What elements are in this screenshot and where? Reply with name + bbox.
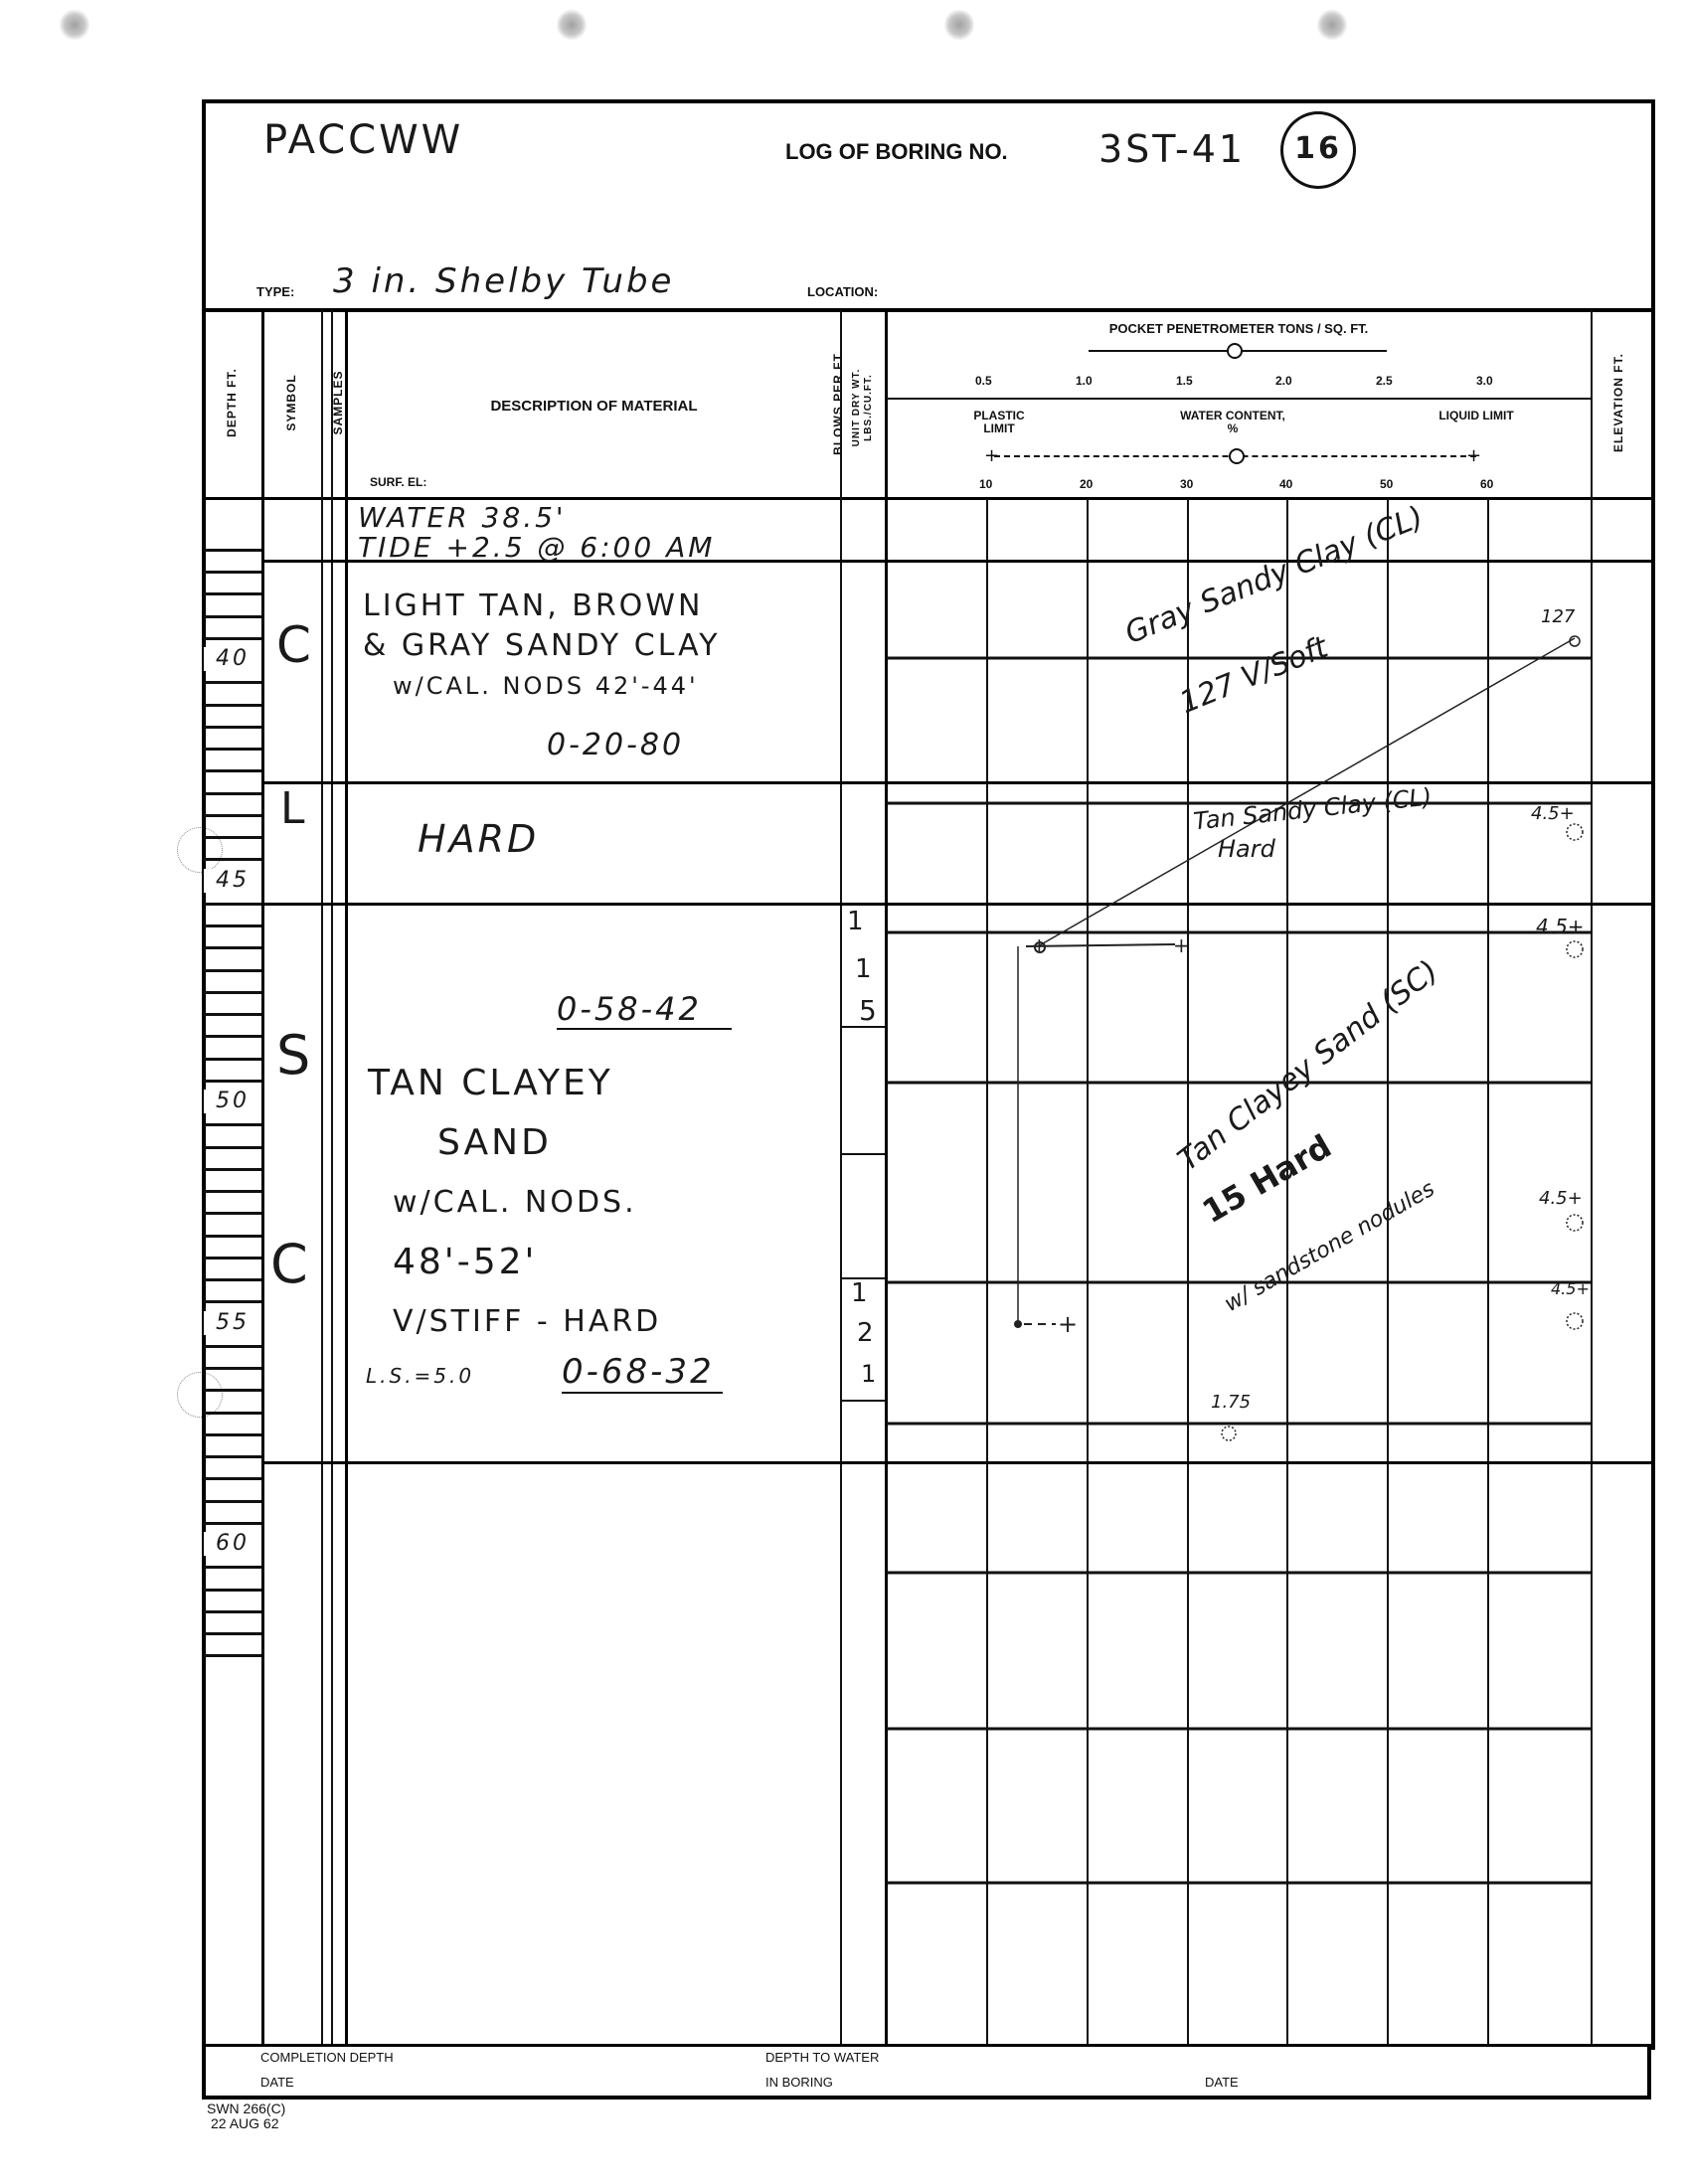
plastic-limit-cross-icon: + [984, 447, 999, 465]
water-note: WATER 38.5' TIDE +2.5 @ 6:00 AM [358, 503, 715, 563]
elevation-header: ELEVATION FT. [1611, 343, 1625, 462]
depth-tick [204, 681, 261, 684]
blows-value: 5 [859, 994, 880, 1027]
description-line: w/CAL. NODS. [368, 1173, 661, 1233]
ls-note: L.S.=5.0 [366, 1364, 474, 1388]
description-line: 48'-52' [368, 1233, 661, 1292]
form-title: LOG OF BORING NO. [785, 139, 1008, 165]
svg-text:+: + [1173, 933, 1190, 957]
depth-col-rule [261, 310, 264, 2046]
symbol-letter: C [276, 616, 314, 674]
depth-to-water-label: DEPTH TO WATER [765, 2050, 879, 2065]
depth-tick [204, 836, 261, 839]
depth-tick [204, 1522, 261, 1525]
liquid-limit-cross-icon: + [1466, 447, 1481, 465]
wc-scale-label: 50 [1380, 477, 1393, 491]
depth-label: 55 [204, 1311, 261, 1335]
description-line: TAN CLAYEY [368, 1054, 661, 1113]
symbol-col-rule [321, 310, 323, 2046]
pp-annotation: 4.5+ [1551, 1279, 1590, 1298]
pp-scale-label: 2.0 [1275, 374, 1292, 388]
pp-scale-label: 0.5 [975, 374, 992, 388]
pp-annotation: 4.5+ [1531, 803, 1575, 824]
depth-tick [204, 1477, 261, 1480]
depth-tick [204, 1389, 261, 1392]
scan-artifact [60, 8, 89, 42]
pp-scale-label: 1.5 [1176, 374, 1193, 388]
classification-note: Hard [1218, 835, 1275, 863]
depth-tick [204, 1654, 261, 1657]
depth-tick [204, 1123, 261, 1126]
pp-scale-divider [887, 398, 1591, 400]
form-right-rule [1647, 2046, 1651, 2098]
symbol-header: SYMBOL [284, 363, 298, 442]
wc-scale-label: 40 [1279, 477, 1292, 491]
depth-tick [204, 1168, 261, 1171]
sample-result: 0-20-80 [547, 728, 684, 762]
scan-artifact [557, 8, 587, 42]
stratum-1-description: LIGHT TAN, BROWN & GRAY SANDY CLAY w/CAL… [363, 587, 721, 706]
depth-label: 40 [204, 647, 261, 671]
wc-scale-label: 30 [1180, 477, 1193, 491]
stratum-3-description: TAN CLAYEY SAND w/CAL. NODS. 48'-52' V/S… [368, 1054, 661, 1352]
depth-tick [204, 1146, 261, 1149]
plot-marks: + + + [887, 499, 1591, 2046]
liquid-limit-label: LIQUID LIMIT [1436, 410, 1516, 422]
blows-value: 1 [851, 1278, 871, 1308]
pp-title: POCKET PENETROMETER TONS / SQ. FT. [887, 321, 1591, 336]
depth-tick [204, 549, 261, 552]
unitwt-boundary [840, 1153, 885, 1155]
depth-tick [204, 1080, 261, 1083]
sheet-number: 16 [1294, 131, 1342, 166]
blows-header: BLOWS PER FT. [831, 328, 845, 477]
scan-artifact [944, 8, 974, 42]
depth-tick [204, 1455, 261, 1458]
sample-result: 0-68-32 [562, 1352, 723, 1394]
water-content-label: WATER CONTENT, % [1178, 410, 1287, 435]
depth-tick [204, 969, 261, 972]
scan-artifact [1317, 8, 1347, 42]
symbol-letter: C [270, 1233, 311, 1295]
depth-tick [204, 903, 261, 906]
unitwt-boundary [840, 1400, 885, 1402]
depth-tick [204, 1035, 261, 1038]
depth-tick [204, 1235, 261, 1238]
depth-label: 60 [204, 1532, 261, 1556]
unit-weight-header: UNIT DRY WT. LBS./CU.FT. [851, 348, 875, 467]
pp-annotation: 4.5+ [1539, 1188, 1583, 1209]
description-line: & GRAY SANDY CLAY [363, 626, 721, 666]
depth-tick [204, 814, 261, 817]
in-boring-label: IN BORING [765, 2075, 833, 2090]
depth-tick [204, 592, 261, 595]
project-name: PACCWW [263, 117, 463, 163]
depth-tick [204, 1257, 261, 1260]
depth-tick [204, 1610, 261, 1613]
depth-tick [204, 1212, 261, 1215]
plastic-limit-label: PLASTIC LIMIT [959, 410, 1039, 435]
elevation-col-rule [1591, 310, 1593, 2046]
date-label: DATE [260, 2075, 294, 2090]
svg-text:+: + [1031, 933, 1048, 957]
depth-tick [204, 924, 261, 927]
description-line: V/STIFF - HARD [368, 1292, 661, 1352]
depth-tick [204, 726, 261, 729]
depth-tick [204, 1412, 261, 1415]
blows-value: 1 [855, 954, 875, 984]
footer-rule [202, 2044, 1651, 2047]
depth-tick [204, 615, 261, 618]
sheet-number-circled: 16 [1280, 111, 1356, 189]
depth-tick [204, 1589, 261, 1592]
blows-col-rule [840, 310, 842, 2046]
depth-tick [204, 571, 261, 574]
pp-annotation: 1.75 [1211, 1392, 1251, 1413]
sample-result: 0-58-42 [557, 990, 732, 1030]
type-value: 3 in. Shelby Tube [333, 261, 674, 301]
depth-tick [204, 1500, 261, 1503]
wc-legend-circle-icon [1229, 448, 1245, 464]
pp-annotation: 4.5+ [1536, 915, 1585, 938]
depth-header: DEPTH FT. [225, 363, 239, 442]
description-header: DESCRIPTION OF MATERIAL [348, 398, 840, 415]
wc-scale-label: 20 [1080, 477, 1093, 491]
depth-tick [204, 748, 261, 751]
blows-value: 1 [861, 1360, 879, 1388]
depth-label: 45 [204, 869, 261, 893]
depth-tick [204, 1367, 261, 1370]
samples-header: SAMPLES [331, 358, 345, 447]
description-line: LIGHT TAN, BROWN [363, 587, 721, 626]
depth-tick [204, 946, 261, 949]
wc-scale-label: 60 [1480, 477, 1493, 491]
depth-tick [204, 1566, 261, 1569]
pp-scale-label: 3.0 [1476, 374, 1493, 388]
depth-tick [204, 1300, 261, 1303]
samples-col-rule-a [331, 310, 333, 2046]
form-bottom-rule [202, 2096, 1651, 2100]
depth-tick [204, 704, 261, 707]
depth-tick [204, 792, 261, 795]
location-label: LOCATION: [807, 284, 878, 299]
water-note-line: WATER 38.5' [358, 503, 715, 533]
depth-tick [204, 769, 261, 772]
water-note-line: TIDE +2.5 @ 6:00 AM [358, 533, 715, 563]
form-left-rule [202, 2046, 206, 2098]
blows-value: 1 [847, 907, 867, 936]
blows-value: 2 [857, 1318, 877, 1348]
pp-scale-label: 2.5 [1376, 374, 1393, 388]
depth-tick [204, 1058, 261, 1061]
symbol-letter: L [280, 783, 308, 834]
depth-tick [204, 1632, 261, 1635]
samples-col-rule-b [345, 310, 348, 2046]
description-line: SAND [368, 1113, 661, 1173]
depth-tick [204, 1278, 261, 1281]
symbol-letter: S [276, 1024, 313, 1087]
pp-legend-circle-icon [1227, 343, 1243, 359]
form-number: SWN 266(C) [207, 2100, 285, 2116]
header-rule [202, 308, 1651, 312]
depth-tick [204, 1345, 261, 1348]
type-label: TYPE: [256, 284, 294, 299]
depth-tick [204, 858, 261, 861]
svg-text:+: + [1058, 1310, 1078, 1338]
surf-el-label: SURF. EL: [370, 475, 426, 489]
pp-scale-label: 1.0 [1076, 374, 1093, 388]
depth-tick [204, 991, 261, 994]
completion-depth-label: COMPLETION DEPTH [260, 2050, 394, 2065]
depth-tick [204, 1433, 261, 1436]
depth-tick [204, 637, 261, 640]
date-label-2: DATE [1205, 2075, 1239, 2090]
depth-tick [204, 1190, 261, 1193]
description-line: w/CAL. NODS 42'-44' [363, 666, 721, 706]
stratum-2-description: HARD [418, 817, 539, 861]
form-date: 22 AUG 62 [211, 2115, 279, 2131]
depth-tick [204, 1013, 261, 1016]
boring-number: 3ST-41 [1098, 127, 1246, 171]
pp-annotation: 127 [1541, 606, 1575, 627]
depth-label: 50 [204, 1090, 261, 1113]
wc-scale-label: 10 [979, 477, 992, 491]
